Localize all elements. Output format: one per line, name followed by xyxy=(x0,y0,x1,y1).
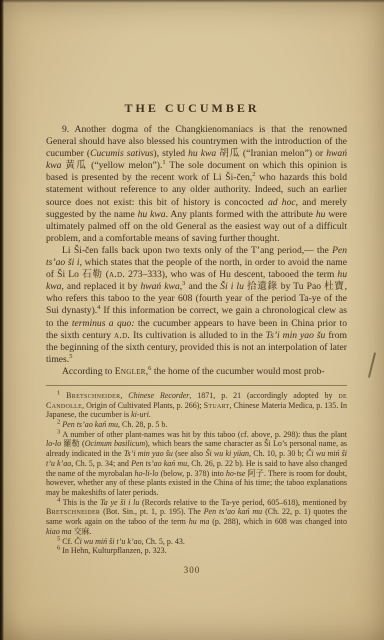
paragraph-3: According to Engler,6 the home of the cu… xyxy=(46,366,347,378)
scan-edge-left xyxy=(0,0,4,640)
footnote-5: 5 Cf. Či wu miń ši t’u k’ao, Ch. 5, p. 4… xyxy=(46,537,347,547)
book-page: THE CUCUMBER 9. Another dogma of the Cha… xyxy=(0,0,384,640)
footnote-3: 3 A number of other plant-names was hit … xyxy=(46,430,347,498)
footnote-2: 2 Pen ts’ao kań mu, Ch. 28, p. 5 b. xyxy=(46,420,347,430)
footnote-separator xyxy=(46,385,347,386)
page-title: THE CUCUMBER xyxy=(0,101,384,116)
paragraph-2: Li Ši-čen falls back upon two texts only… xyxy=(46,245,347,366)
footnote-4: 4 This is the Ta ye ši i lu (Records rel… xyxy=(46,498,347,537)
footnotes: 1 Bretschneider, Chinese Recorder, 1871,… xyxy=(46,391,347,556)
footnote-6: 6 In Hehn, Kulturpflanzen, p. 323. xyxy=(46,546,347,556)
scan-edge-top xyxy=(0,0,384,3)
footnote-1: 1 Bretschneider, Chinese Recorder, 1871,… xyxy=(46,391,347,420)
stray-ink-mark xyxy=(367,352,375,378)
page-number: 300 xyxy=(0,565,384,575)
body-text: 9. Another dogma of the Changkienomaniac… xyxy=(46,124,347,378)
paragraph-1: 9. Another dogma of the Changkienomaniac… xyxy=(46,124,347,245)
